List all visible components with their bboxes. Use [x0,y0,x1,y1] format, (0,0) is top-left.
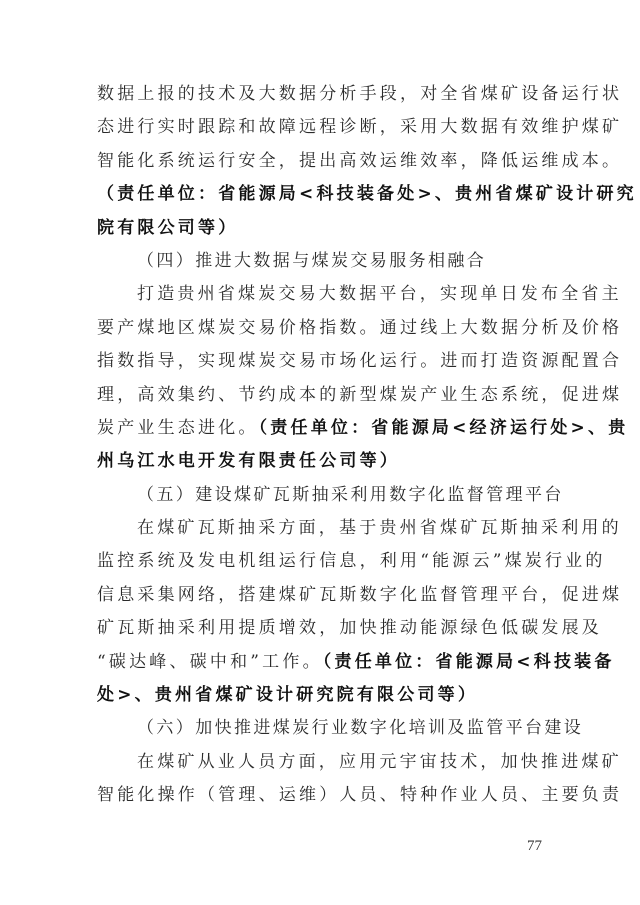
text-line: 监控系统及发电机组运行信息，利用“能源云”煤炭行业的 [97,545,545,578]
responsible-unit-text: （责任单位：省能源局<科技装备 [323,652,615,672]
text-span: 理，高效集约、节约成本的新型煤炭产业生态系统，促进煤 [97,385,622,405]
responsible-unit-text: 州乌江水电开发有限责任公司等） [97,451,400,471]
text-span: 矿瓦斯抽采利用提质增效，加快推动能源绿色低碳发展及 [97,618,602,638]
text-line: 要产煤地区煤炭交易价格指数。通过线上大数据分析及价格 [97,312,545,345]
responsible-unit-text: （责任单位：省能源局<科技装备处>、贵州省煤矿设计研究 [97,184,637,204]
text-line: 打造贵州省煤炭交易大数据平台，实现单日发布全省主 [97,278,545,311]
text-span: 智能化操作（管理、运维）人员、特种作业人员、主要负责 [97,785,622,805]
responsible-unit-text: 处>、贵州省煤矿设计研究院有限公司等） [97,685,478,705]
text-line: 矿瓦斯抽采利用提质增效，加快推动能源绿色低碳发展及 [97,612,545,645]
text-line: 在煤矿从业人员方面，应用元宇宙技术，加快推进煤矿 [97,746,545,779]
text-span: 打造贵州省煤炭交易大数据平台，实现单日发布全省主 [137,284,622,304]
section-heading-5: （五）建设煤矿瓦斯抽采利用数字化监督管理平台 [97,479,545,512]
responsible-unit-text: （责任单位：省能源局<经济运行处>、贵 [259,418,629,438]
paragraph-section-6: 在煤矿从业人员方面，应用元宇宙技术，加快推进煤矿 智能化操作（管理、运维）人员、… [97,746,545,813]
text-line: 院有限公司等） [97,212,545,245]
text-line: 州乌江水电开发有限责任公司等） [97,445,545,478]
document-page: 数据上报的技术及大数据分析手段，对全省煤矿设备运行状 态进行实时跟踪和故障远程诊… [97,78,545,813]
paragraph-continued: 数据上报的技术及大数据分析手段，对全省煤矿设备运行状 态进行实时跟踪和故障远程诊… [97,78,545,245]
text-span: 数据上报的技术及大数据分析手段，对全省煤矿设备运行状 [97,84,622,104]
text-line: 炭产业生态进化。（责任单位：省能源局<经济运行处>、贵 [97,412,545,445]
text-line: 信息采集网络，搭建煤矿瓦斯数字化监督管理平台，促进煤 [97,579,545,612]
text-span: “碳达峰、碳中和”工作。 [97,652,323,672]
section-heading-6: （六）加快推进煤炭行业数字化培训及监管平台建设 [97,712,545,745]
text-line: 处>、贵州省煤矿设计研究院有限公司等） [97,679,545,712]
text-span: 在煤矿瓦斯抽采方面，基于贵州省煤矿瓦斯抽采利用的 [137,518,622,538]
text-line: 数据上报的技术及大数据分析手段，对全省煤矿设备运行状 [97,78,545,111]
text-line: （责任单位：省能源局<科技装备处>、贵州省煤矿设计研究 [97,178,545,211]
text-span: 指数指导，实现煤炭交易市场化运行。进而打造资源配置合 [97,351,622,371]
paragraph-section-4: 打造贵州省煤炭交易大数据平台，实现单日发布全省主 要产煤地区煤炭交易价格指数。通… [97,278,545,478]
text-line: 态进行实时跟踪和故障远程诊断，采用大数据有效维护煤矿 [97,111,545,144]
text-span: 智能化系统运行安全，提出高效运维效率，降低运维成本。 [97,151,622,171]
text-line: 智能化操作（管理、运维）人员、特种作业人员、主要负责 [97,779,545,812]
page-number: 77 [527,838,542,855]
text-line: 理，高效集约、节约成本的新型煤炭产业生态系统，促进煤 [97,379,545,412]
text-span: 信息采集网络，搭建煤矿瓦斯数字化监督管理平台，促进煤 [97,585,622,605]
section-heading-4: （四）推进大数据与煤炭交易服务相融合 [97,245,545,278]
text-span: 炭产业生态进化。 [97,418,259,438]
text-span: 要产煤地区煤炭交易价格指数。通过线上大数据分析及价格 [97,318,622,338]
text-line: 在煤矿瓦斯抽采方面，基于贵州省煤矿瓦斯抽采利用的 [97,512,545,545]
text-span: 态进行实时跟踪和故障远程诊断，采用大数据有效维护煤矿 [97,117,622,137]
responsible-unit-text: 院有限公司等） [97,218,238,238]
text-line: 指数指导，实现煤炭交易市场化运行。进而打造资源配置合 [97,345,545,378]
text-span: 监控系统及发电机组运行信息，利用“能源云”煤炭行业的 [97,551,606,571]
text-line: “碳达峰、碳中和”工作。（责任单位：省能源局<科技装备 [97,646,545,679]
text-line: 智能化系统运行安全，提出高效运维效率，降低运维成本。 [97,145,545,178]
text-span: 在煤矿从业人员方面，应用元宇宙技术，加快推进煤矿 [137,752,622,772]
paragraph-section-5: 在煤矿瓦斯抽采方面，基于贵州省煤矿瓦斯抽采利用的 监控系统及发电机组运行信息，利… [97,512,545,712]
